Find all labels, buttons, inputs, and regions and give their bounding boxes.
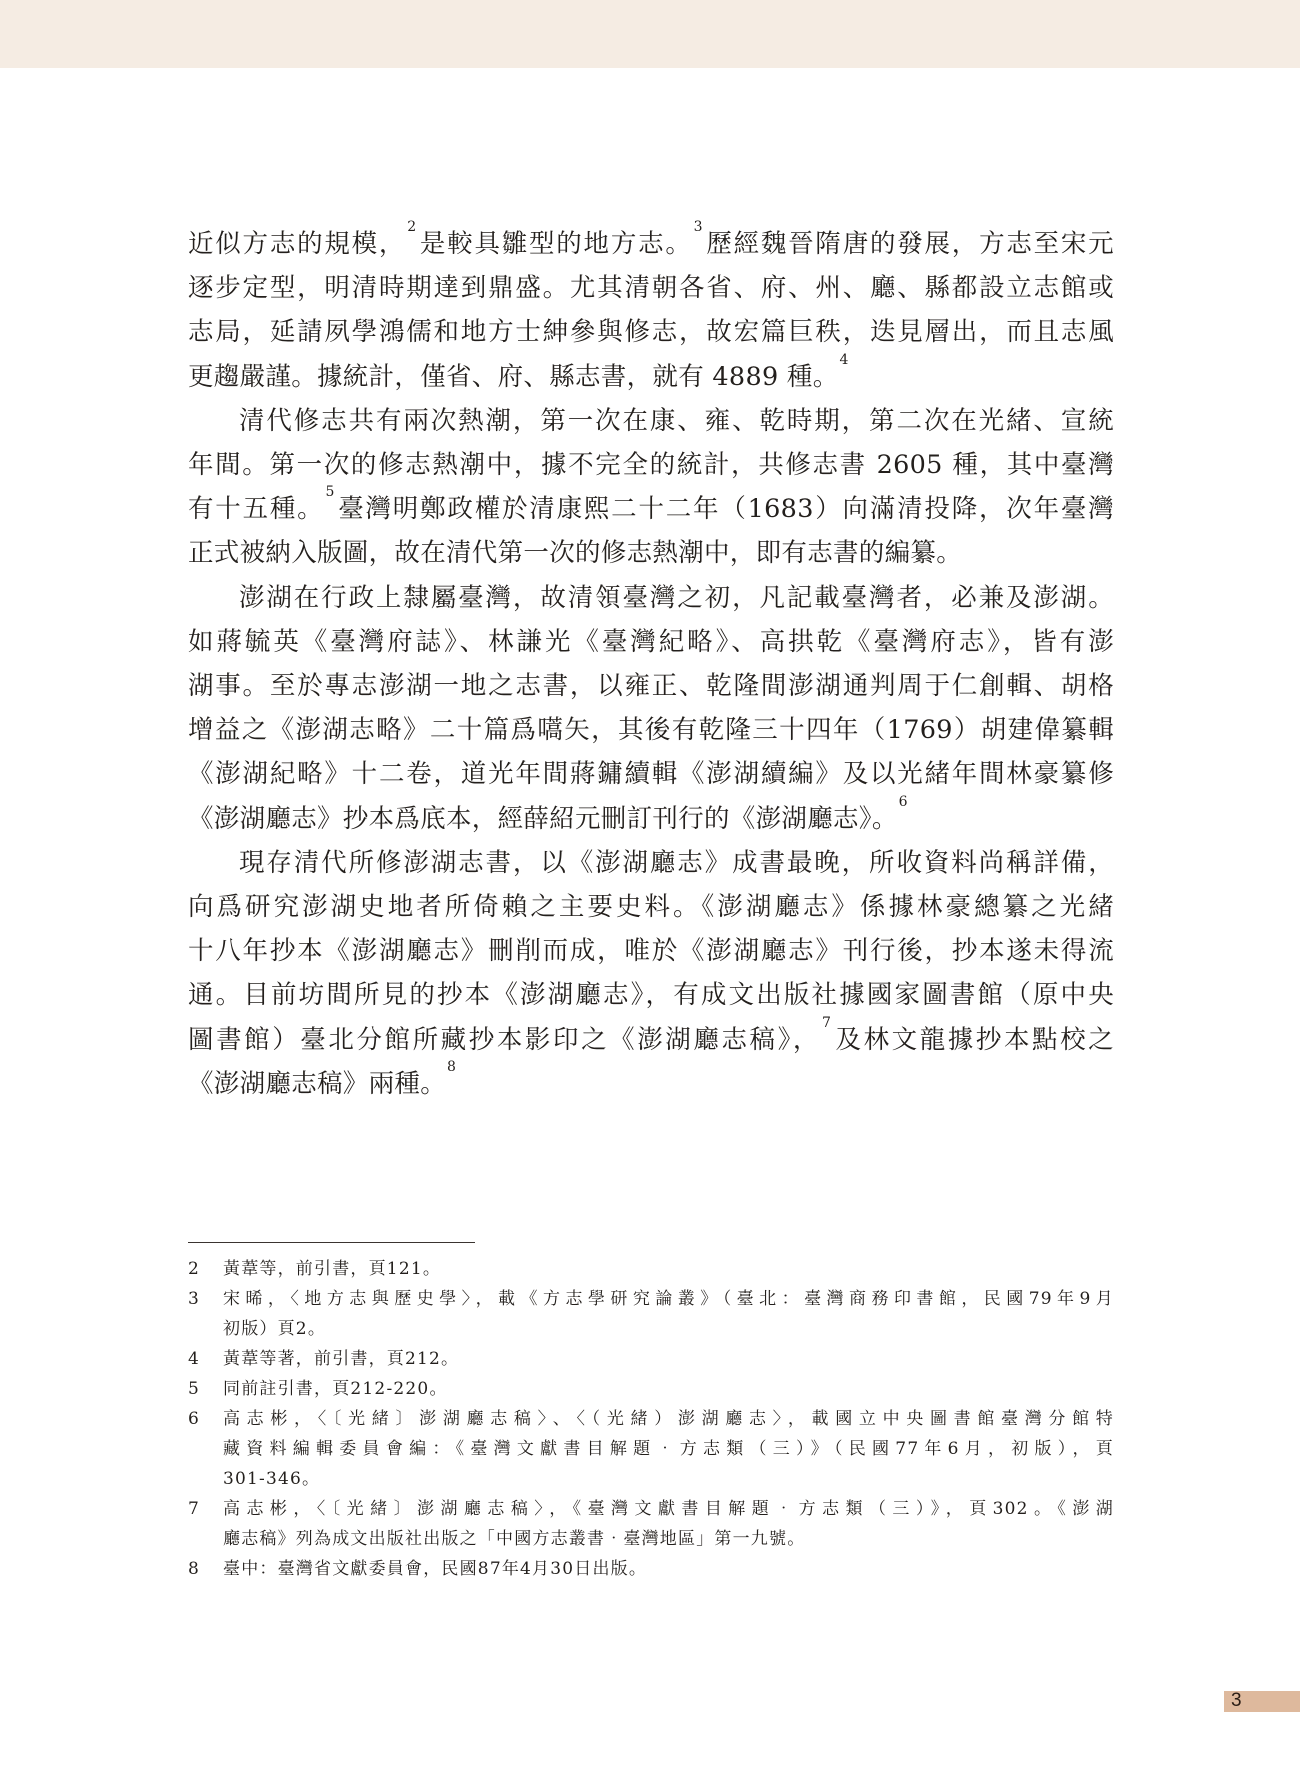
footnote-line: 初版）頁2。: [223, 1314, 1114, 1344]
footnote-number: 7: [188, 1494, 223, 1524]
text-line: 澎湖在行政上隸屬臺灣，故清領臺灣之初，凡記載臺灣者，必兼及澎湖。: [188, 576, 1114, 620]
text-line: 如蔣毓英《臺灣府誌》、林謙光《臺灣紀略》、高拱乾《臺灣府志》，皆有澎: [188, 620, 1114, 664]
footnote-2: 2 黃葦等，前引書，頁121。: [188, 1254, 1114, 1284]
footnote-number: 3: [188, 1284, 223, 1314]
footnote-6: 6 高志彬，〈〔光緒〕澎湖廳志稿〉、〈（光緒）澎湖廳志〉，載國立中央圖書館臺灣分…: [188, 1404, 1114, 1494]
footnote-line: 黃葦等，前引書，頁121。: [223, 1254, 1114, 1284]
text-line: 《澎湖紀略》十二卷，道光年間蔣鏞續輯《澎湖續編》及以光緒年間林豪纂修: [188, 752, 1114, 796]
footnote-ref-4[interactable]: 4: [840, 352, 849, 368]
footnote-ref-3[interactable]: 3: [694, 219, 703, 235]
footnote-text: 黃葦等著，前引書，頁212。: [223, 1344, 1114, 1374]
text-line: 逐步定型，明清時期達到鼎盛。尤其清朝各省、府、州、廳、縣都設立志館或: [188, 266, 1114, 310]
text-line: 正式被納入版圖，故在清代第一次的修志熱潮中，即有志書的編纂。: [188, 531, 1114, 575]
footnote-number: 8: [188, 1554, 223, 1584]
footnote-ref-7[interactable]: 7: [822, 1015, 831, 1031]
footnote-number: 6: [188, 1404, 223, 1434]
text-line: 十八年抄本《澎湖廳志》刪削而成，唯於《澎湖廳志》刊行後，抄本遂未得流: [188, 929, 1114, 973]
footnotes-section: 2 黃葦等，前引書，頁121。 3 宋晞，〈地方志與歷史學〉，載《方志學研究論叢…: [188, 1254, 1114, 1584]
paragraph-3: 澎湖在行政上隸屬臺灣，故清領臺灣之初，凡記載臺灣者，必兼及澎湖。 如蔣毓英《臺灣…: [188, 576, 1114, 841]
footnote-ref-5[interactable]: 5: [325, 484, 334, 500]
page-header-band: [0, 0, 1300, 68]
text-line: 近似方志的規模，2是較具雛型的地方志。3歷經魏晉隋唐的發展，方志至宋元: [188, 222, 1114, 266]
text-line: 《澎湖廳志》抄本爲底本，經薛紹元刪訂刊行的《澎湖廳志》。6: [188, 797, 1114, 841]
footnote-text: 高志彬，〈〔光緒〕澎湖廳志稿〉、〈（光緒）澎湖廳志〉，載國立中央圖書館臺灣分館特…: [223, 1404, 1114, 1494]
text-line: 更趨嚴謹。據統計，僅省、府、縣志書，就有 4889 種。4: [188, 355, 1114, 399]
footnote-separator-rule: [188, 1242, 475, 1243]
footnote-number: 4: [188, 1344, 223, 1374]
footnote-3: 3 宋晞，〈地方志與歷史學〉，載《方志學研究論叢》（臺北：臺灣商務印書館，民國7…: [188, 1284, 1114, 1344]
footnote-text: 同前註引書，頁212-220。: [223, 1374, 1114, 1404]
footnote-text: 宋晞，〈地方志與歷史學〉，載《方志學研究論叢》（臺北：臺灣商務印書館，民國79年…: [223, 1284, 1114, 1344]
text-line: 現存清代所修澎湖志書，以《澎湖廳志》成書最晚，所收資料尚稱詳備，: [188, 841, 1114, 885]
footnote-line: 宋晞，〈地方志與歷史學〉，載《方志學研究論叢》（臺北：臺灣商務印書館，民國79年…: [223, 1284, 1114, 1314]
footnote-line: 高志彬，〈〔光緒〕澎湖廳志稿〉、〈（光緒）澎湖廳志〉，載國立中央圖書館臺灣分館特: [223, 1404, 1114, 1434]
footnote-line: 廳志稿》列為成文出版社出版之「中國方志叢書‧臺灣地區」第一九號。: [223, 1524, 1114, 1554]
text-segment: 臺灣明鄭政權於清康熙二十二年（1683）向滿清投降，次年臺灣: [337, 494, 1114, 524]
text-segment: 歷經魏晉隋唐的發展，方志至宋元: [705, 229, 1114, 259]
text-segment: 近似方志的規模，: [188, 229, 406, 259]
text-segment: 及林文龍據抄本點校之: [833, 1025, 1114, 1055]
page-number-tab: 3: [1224, 1691, 1300, 1712]
footnote-7: 7 高志彬，〈〔光緒〕澎湖廳志稿〉，《臺灣文獻書目解題‧方志類（三）》，頁302…: [188, 1494, 1114, 1554]
footnote-4: 4 黃葦等著，前引書，頁212。: [188, 1344, 1114, 1374]
text-segment: 《澎湖廳志》抄本爲底本，經薛紹元刪訂刊行的《澎湖廳志》。: [188, 804, 898, 834]
footnote-line: 同前註引書，頁212-220。: [223, 1374, 1114, 1404]
text-line: 《澎湖廳志稿》兩種。8: [188, 1062, 1114, 1106]
text-line: 增益之《澎湖志略》二十篇爲嚆矢，其後有乾隆三十四年（1769）胡建偉纂輯: [188, 708, 1114, 752]
footnote-line: 301-346。: [223, 1464, 1114, 1494]
footnote-number: 2: [188, 1254, 223, 1284]
text-line: 圖書館）臺北分館所藏抄本影印之《澎湖廳志稿》，7及林文龍據抄本點校之: [188, 1018, 1114, 1062]
footnote-line: 藏資料編輯委員會編：《臺灣文獻書目解題‧方志類（三）》（民國77年6月，初版），…: [223, 1434, 1114, 1464]
footnote-ref-2[interactable]: 2: [407, 219, 416, 235]
footnote-5: 5 同前註引書，頁212-220。: [188, 1374, 1114, 1404]
page-number: 3: [1231, 1690, 1242, 1712]
paragraph-4: 現存清代所修澎湖志書，以《澎湖廳志》成書最晚，所收資料尚稱詳備， 向爲研究澎湖史…: [188, 841, 1114, 1106]
text-line: 清代修志共有兩次熱潮，第一次在康、雍、乾時期，第二次在光緒、宣統: [188, 399, 1114, 443]
footnote-line: 臺中：臺灣省文獻委員會，民國87年4月30日出版。: [223, 1554, 1114, 1584]
text-segment: 圖書館）臺北分館所藏抄本影印之《澎湖廳志稿》，: [188, 1025, 821, 1055]
footnote-line: 黃葦等著，前引書，頁212。: [223, 1344, 1114, 1374]
text-line: 志局，延請夙學鴻儒和地方士紳參與修志，故宏篇巨秩，迭見層出，而且志風: [188, 310, 1114, 354]
text-line: 湖事。至於專志澎湖一地之志書，以雍正、乾隆間澎湖通判周于仁創輯、胡格: [188, 664, 1114, 708]
footnote-ref-6[interactable]: 6: [899, 794, 908, 810]
text-segment: 《澎湖廳志稿》兩種。: [188, 1069, 446, 1099]
footnote-text: 臺中：臺灣省文獻委員會，民國87年4月30日出版。: [223, 1554, 1114, 1584]
footnote-text: 高志彬，〈〔光緒〕澎湖廳志稿〉，《臺灣文獻書目解題‧方志類（三）》，頁302。《…: [223, 1494, 1114, 1554]
text-line: 向爲研究澎湖史地者所倚賴之主要史料。《澎湖廳志》係據林豪總纂之光緒: [188, 885, 1114, 929]
footnote-number: 5: [188, 1374, 223, 1404]
text-line: 通。目前坊間所見的抄本《澎湖廳志》，有成文出版社據國家圖書館（原中央: [188, 973, 1114, 1017]
paragraph-2: 清代修志共有兩次熱潮，第一次在康、雍、乾時期，第二次在光緒、宣統 年間。第一次的…: [188, 399, 1114, 576]
text-line: 有十五種。5臺灣明鄭政權於清康熙二十二年（1683）向滿清投降，次年臺灣: [188, 487, 1114, 531]
text-segment: 更趨嚴謹。據統計，僅省、府、縣志書，就有 4889 種。: [188, 362, 839, 392]
text-segment: 是較具雛型的地方志。: [418, 229, 692, 259]
footnote-text: 黃葦等，前引書，頁121。: [223, 1254, 1114, 1284]
main-body-text: 近似方志的規模，2是較具雛型的地方志。3歷經魏晉隋唐的發展，方志至宋元 逐步定型…: [188, 222, 1114, 1106]
footnote-ref-8[interactable]: 8: [447, 1059, 456, 1075]
text-segment: 有十五種。: [188, 494, 324, 524]
text-line: 年間。第一次的修志熱潮中，據不完全的統計，共修志書 2605 種，其中臺灣: [188, 443, 1114, 487]
footnote-8: 8 臺中：臺灣省文獻委員會，民國87年4月30日出版。: [188, 1554, 1114, 1584]
footnote-line: 高志彬，〈〔光緒〕澎湖廳志稿〉，《臺灣文獻書目解題‧方志類（三）》，頁302。《…: [223, 1494, 1114, 1524]
paragraph-1: 近似方志的規模，2是較具雛型的地方志。3歷經魏晉隋唐的發展，方志至宋元 逐步定型…: [188, 222, 1114, 399]
